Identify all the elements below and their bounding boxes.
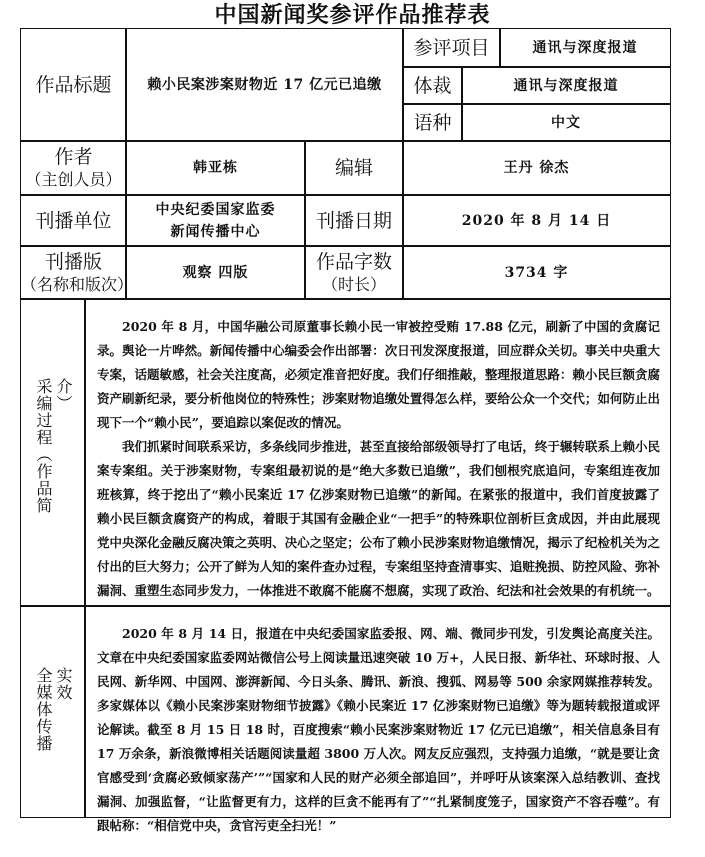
category-value: 通讯与深度报道	[499, 28, 671, 68]
author-label: 作者 （主创人员）	[20, 140, 127, 196]
work-title-label: 作品标题	[20, 28, 127, 142]
paragraph: 2020 年 8 月，中国华融公司原董事长赖小民一审被控受贿 17.88 亿元，…	[97, 315, 660, 435]
word-count-value: 3734 字	[402, 245, 671, 300]
edition-value: 观察 四版	[125, 245, 306, 300]
paragraph: 我们抓紧时间联系采访，多条线同步推进，甚至直接给部级领导打了电话，终于辗转联系上…	[97, 435, 660, 603]
language-label: 语种	[402, 103, 463, 142]
editing-process-body: 2020 年 8 月，中国华融公司原董事长赖小民一审被控受贿 17.88 亿元，…	[84, 298, 671, 607]
author-value: 韩亚栋	[125, 140, 306, 196]
publisher-value: 中央纪委国家监委 新闻传播中心	[125, 194, 306, 247]
word-count-label: 作品字数 （时长）	[304, 245, 404, 300]
publisher-label: 刊播单位	[20, 194, 127, 247]
edition-label: 刊播版 （名称和版次）	[20, 245, 127, 300]
dissemination-body: 2020 年 8 月 14 日，报道在中央纪委国家监委报、网、端、微同步刊发，引…	[84, 605, 671, 818]
publish-date-label: 刊播日期	[304, 194, 404, 247]
page-title: 中国新闻奖参评作品推荐表	[0, 2, 705, 28]
editor-label: 编辑	[304, 140, 404, 196]
category-label: 参评项目	[402, 28, 501, 68]
language-value: 中文	[461, 103, 671, 142]
genre-value: 通讯与深度报道	[461, 66, 671, 105]
paragraph: 2020 年 8 月 14 日，报道在中央纪委国家监委报、网、端、微同步刊发，引…	[97, 622, 660, 838]
publish-date-value: 2020 年 8 月 14 日	[402, 194, 671, 247]
genre-label: 体裁	[402, 66, 463, 105]
dissemination-label: 全媒体传播实效	[20, 605, 86, 818]
editing-process-label: 采编过程（作品简介）	[20, 298, 86, 607]
editor-value: 王丹 徐杰	[402, 140, 671, 196]
work-title-value: 赖小民案涉案财物近 17 亿元已追缴	[125, 28, 404, 142]
